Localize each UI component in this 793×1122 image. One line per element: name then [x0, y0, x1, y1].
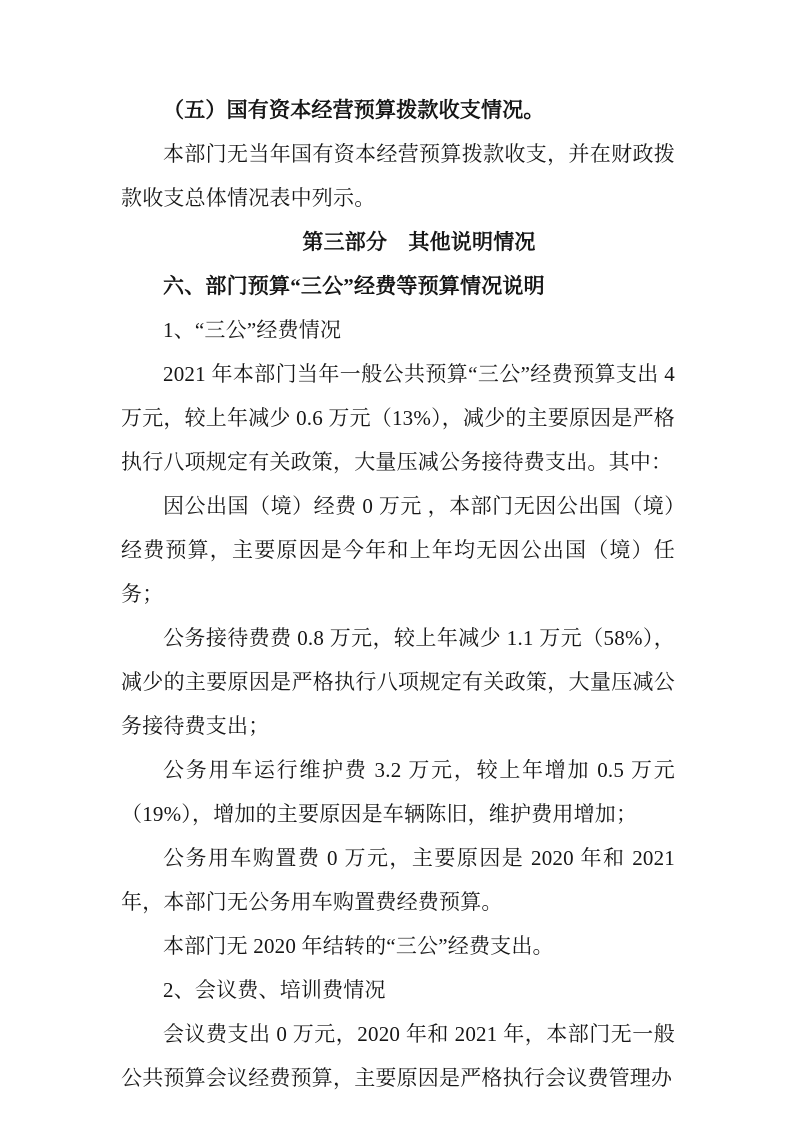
para-vehicle-purchase-expense: 公务用车购置费 0 万元，主要原因是 2020 年和 2021 年，本部门无公务… [121, 836, 675, 924]
heading-state-capital-budget: （五）国有资本经营预算拨款收支情况。 [121, 88, 675, 132]
para-overseas-trip-expense: 因公出国（境）经费 0 万元 ，本部门无因公出国（境）经费预算，主要原因是今年和… [121, 484, 675, 616]
para-meeting-training-subheading: 2、会议费、培训费情况 [121, 968, 675, 1012]
para-state-capital-budget-note: 本部门无当年国有资本经营预算拨款收支，并在财政拨款收支总体情况表中列示。 [121, 132, 675, 220]
para-meeting-fee: 会议费支出 0 万元，2020 年和 2021 年，本部门无一般公共预算会议经费… [121, 1012, 675, 1100]
document-body: （五）国有资本经营预算拨款收支情况。 本部门无当年国有资本经营预算拨款收支，并在… [121, 88, 675, 1100]
document-page: （五）国有资本经营预算拨款收支情况。 本部门无当年国有资本经营预算拨款收支，并在… [0, 0, 793, 1122]
para-three-public-total: 2021 年本部门当年一般公共预算“三公”经费预算支出 4 万元，较上年减少 0… [121, 352, 675, 484]
para-official-reception-expense: 公务接待费费 0.8 万元，较上年减少 1.1 万元（58%），减少的主要原因是… [121, 616, 675, 748]
para-three-public-subheading: 1、“三公”经费情况 [121, 308, 675, 352]
para-vehicle-maintenance-expense: 公务用车运行维护费 3.2 万元，较上年增加 0.5 万元（19%），增加的主要… [121, 748, 675, 836]
para-carryover-note: 本部门无 2020 年结转的“三公”经费支出。 [121, 924, 675, 968]
heading-section-six-three-public: 六、部门预算“三公”经费等预算情况说明 [121, 264, 675, 308]
heading-part-three: 第三部分 其他说明情况 [121, 220, 675, 264]
